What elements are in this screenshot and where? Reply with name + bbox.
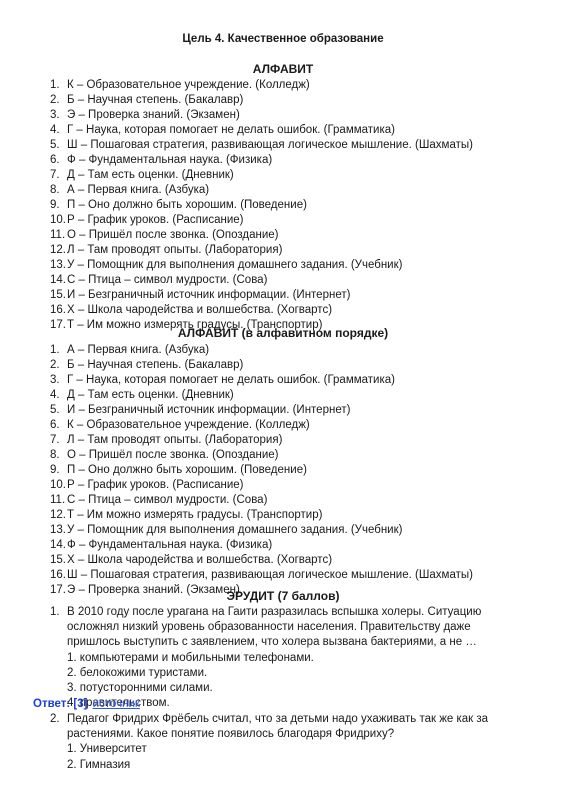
item-text: А – Первая книга. (Азбука)	[67, 343, 209, 358]
item-number: 15.	[50, 288, 66, 303]
item-number: 15.	[50, 553, 66, 568]
item-number: 5.	[50, 138, 60, 153]
item-text: И – Безграничный источник информации. (И…	[67, 288, 350, 303]
item-number: 12.	[50, 243, 66, 258]
item-number: 7.	[50, 168, 60, 183]
item-number: 2.	[50, 93, 60, 108]
question-text: В 2010 году после урагана на Гаити разра…	[67, 605, 512, 651]
item-text: К – Образовательное учреждение. (Колледж…	[67, 418, 310, 433]
question-number: 2.	[50, 712, 60, 727]
item-text: У – Помощник для выполнения домашнего за…	[67, 523, 402, 538]
item-number: 16.	[50, 303, 66, 318]
item-text: Б – Научная степень. (Бакалавр)	[67, 358, 243, 373]
item-number: 3.	[50, 108, 60, 123]
item-number: 13.	[50, 258, 66, 273]
item-text: Д – Там есть оценки. (Дневник)	[67, 388, 234, 403]
item-number: 1.	[50, 78, 60, 93]
item-number: 3.	[50, 373, 60, 388]
item-text: Ф – Фундаментальная наука. (Физика)	[67, 153, 272, 168]
item-number: 9.	[50, 198, 60, 213]
item-text: Г – Наука, которая помогает не делать ош…	[67, 373, 395, 388]
item-text: Р – График уроков. (Расписание)	[67, 478, 243, 493]
item-number: 14.	[50, 538, 66, 553]
item-text: Т – Им можно измерять градусы. (Транспор…	[67, 508, 322, 523]
item-number: 9.	[50, 463, 60, 478]
question-number: 1.	[50, 605, 60, 620]
item-text: С – Птица – символ мудрости. (Сова)	[67, 273, 267, 288]
document-page: Цель 4. Качественное образование АЛФАВИТ…	[0, 0, 566, 800]
item-text: Ш – Пошаговая стратегия, развивающая лог…	[67, 138, 473, 153]
item-text: К – Образовательное учреждение. (Колледж…	[67, 78, 310, 93]
item-text: Р – График уроков. (Расписание)	[67, 213, 243, 228]
item-number: 10.	[50, 213, 66, 228]
item-number: 8.	[50, 183, 60, 198]
item-text: Ф – Фундаментальная наука. (Физика)	[67, 538, 272, 553]
item-text: О – Пришёл после звонка. (Опоздание)	[67, 228, 278, 243]
item-text: Х – Школа чародейства и волшебства. (Хог…	[67, 553, 332, 568]
item-number: 11.	[50, 493, 65, 508]
item-number: 11.	[50, 228, 65, 243]
item-text: Х – Школа чародейства и волшебства. (Хог…	[67, 303, 332, 318]
item-number: 16.	[50, 568, 66, 583]
item-text: Г – Наука, которая помогает не делать ош…	[67, 123, 395, 138]
item-number: 2.	[50, 358, 60, 373]
item-text: П – Оно должно быть хорошим. (Поведение)	[67, 198, 307, 213]
item-number: 7.	[50, 433, 60, 448]
item-number: 8.	[50, 448, 60, 463]
item-number: 1.	[50, 343, 60, 358]
option: 3. потусторонними силами.	[67, 681, 512, 696]
item-text: П – Оно должно быть хорошим. (Поведение)	[67, 463, 307, 478]
item-number: 12.	[50, 508, 66, 523]
item-number: 5.	[50, 403, 60, 418]
section-heading-erudite: ЭРУДИТ (7 баллов)	[0, 589, 566, 603]
item-text: Ш – Пошаговая стратегия, развивающая лог…	[67, 568, 473, 583]
source-link[interactable]: источник	[93, 698, 140, 710]
answer-label: Ответ: [3]	[33, 698, 87, 710]
item-text: А – Первая книга. (Азбука)	[67, 183, 209, 198]
item-number: 6.	[50, 153, 60, 168]
item-number: 13.	[50, 523, 66, 538]
item-number: 6.	[50, 418, 60, 433]
item-number: 10.	[50, 478, 66, 493]
section-heading-alphabet: АЛФАВИТ	[0, 62, 566, 76]
answer-line: Ответ: [3] источник	[33, 697, 140, 712]
option: 1. Университет	[67, 742, 537, 757]
item-text: О – Пришёл после звонка. (Опоздание)	[67, 448, 278, 463]
item-text: Э – Проверка знаний. (Экзамен)	[67, 108, 240, 123]
item-text: Б – Научная степень. (Бакалавр)	[67, 93, 243, 108]
option: 2. белокожими туристами.	[67, 666, 512, 681]
question-text: Педагог Фридрих Фрёбель считал, что за д…	[67, 712, 537, 742]
item-text: Л – Там проводят опыты. (Лаборатория)	[67, 243, 282, 258]
page-title: Цель 4. Качественное образование	[0, 33, 566, 45]
item-text: С – Птица – символ мудрости. (Сова)	[67, 493, 267, 508]
option: 2. Гимназия	[67, 758, 537, 773]
item-text: Д – Там есть оценки. (Дневник)	[67, 168, 234, 183]
item-number: 14.	[50, 273, 66, 288]
item-number: 4.	[50, 388, 60, 403]
section-heading-alphabet-sorted: АЛФАВИТ (в алфавитном порядке)	[0, 326, 566, 340]
option: 1. компьютерами и мобильными телефонами.	[67, 651, 512, 666]
item-text: У – Помощник для выполнения домашнего за…	[67, 258, 402, 273]
item-text: Л – Там проводят опыты. (Лаборатория)	[67, 433, 282, 448]
item-number: 4.	[50, 123, 60, 138]
item-text: И – Безграничный источник информации. (И…	[67, 403, 350, 418]
